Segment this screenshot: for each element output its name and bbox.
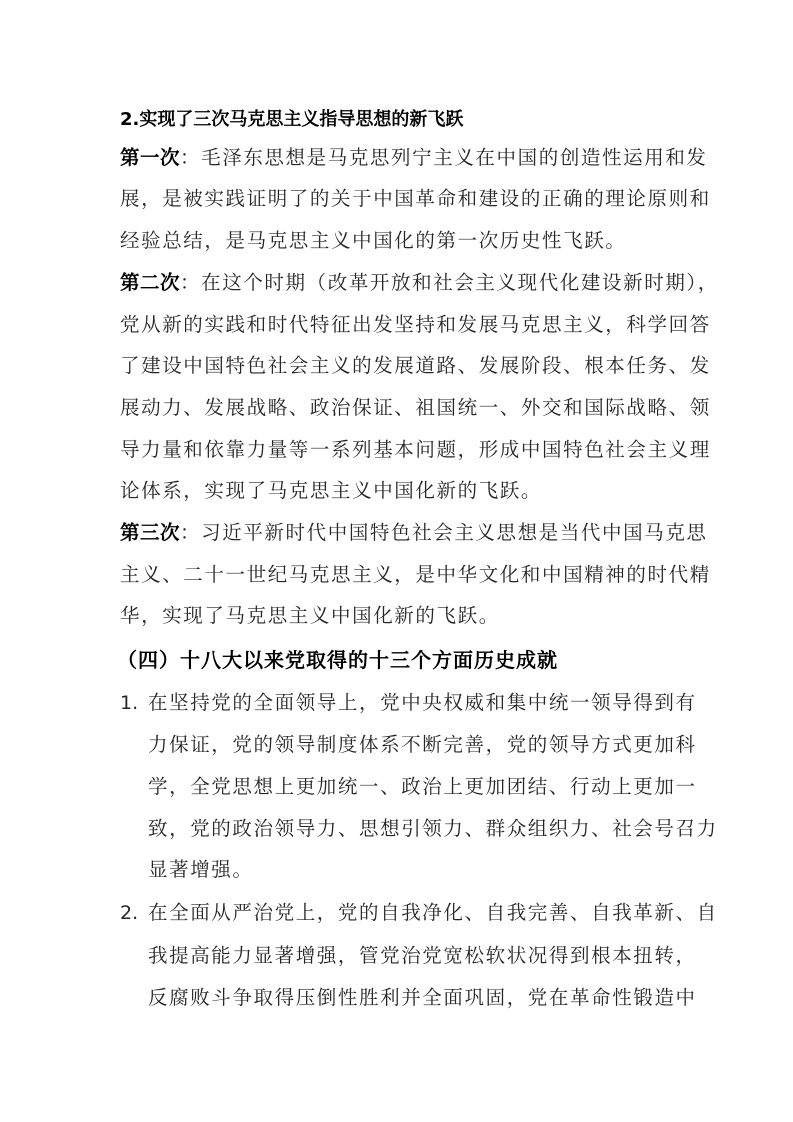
achievement-2-line-3: 反腐败斗争取得压倒性胜利并全面巩固，党在革命性锻造中 <box>148 986 697 1010</box>
leap-2-line-5: 导力量和依靠力量等一系列基本问题，形成中国特色社会主义理 <box>120 438 711 462</box>
leap-3-lead: 第三次 <box>120 521 180 544</box>
achievement-2-line-2: 我提高能力显著增强，管党治党宽松软状况得到根本扭转， <box>148 944 697 968</box>
leap-3-sep: ： <box>180 521 201 544</box>
section-title: 2.实现了三次马克思主义指导思想的新飞跃 <box>120 108 463 132</box>
leap-2-line-6: 论体系，实现了马克思主义中国化新的飞跃。 <box>120 479 542 503</box>
leap-1-line-3: 经验总结，是马克思主义中国化的第一次历史性飞跃。 <box>120 229 626 253</box>
leap-3-line-3: 华，实现了马克思主义中国化新的飞跃。 <box>120 604 500 628</box>
subsection-title: （四）十八大以来党取得的十三个方面历史成就 <box>117 648 558 672</box>
achievement-1-number: 1. <box>120 691 138 715</box>
leap-3-line-1: 第三次：习近平新时代中国特色社会主义思想是当代中国马克思 <box>120 521 708 545</box>
document-page: 2.实现了三次马克思主义指导思想的新飞跃 第一次：毛泽东思想是马克思列宁主义在中… <box>0 0 793 1122</box>
leap-2-line-2: 党从新的实践和时代特征出发坚持和发展马克思主义，科学回答 <box>120 313 711 337</box>
leap-1-lead: 第一次 <box>120 146 180 169</box>
leap-1-sep: ： <box>180 146 201 169</box>
achievement-1-line-5: 显著增强。 <box>148 858 254 882</box>
achievement-1-line-4: 致，党的政治领导力、思想引领力、群众组织力、社会号召力 <box>148 817 718 841</box>
achievement-2-line-1: 在全面从严治党上，党的自我净化、自我完善、自我革新、自 <box>148 901 718 925</box>
leap-2-lead: 第二次 <box>120 271 180 294</box>
achievement-1-line-3: 学，全党思想上更加统一、政治上更加团结、行动上更加一 <box>148 775 697 799</box>
achievement-1-line-2: 力保证，党的领导制度体系不断完善，党的领导方式更加科 <box>148 733 697 757</box>
leap-1-line-1: 第一次：毛泽东思想是马克思列宁主义在中国的创造性运用和发 <box>120 146 708 170</box>
achievement-2-number: 2. <box>120 901 138 925</box>
achievement-1-line-1: 在坚持党的全面领导上，党中央权威和集中统一领导得到有 <box>148 691 697 715</box>
leap-3-line-2: 主义、二十一世纪马克思主义，是中华文化和中国精神的时代精 <box>120 563 711 587</box>
leap-2-line-1: 第二次：在这个时期（改革开放和社会主义现代化建设新时期）， <box>120 271 719 295</box>
leap-2-sep: ： <box>180 271 201 294</box>
leap-1-text-1: 毛泽东思想是马克思列宁主义在中国的创造性运用和发 <box>201 146 707 169</box>
leap-2-line-3: 了建设中国特色社会主义的发展道路、发展阶段、根本任务、发 <box>120 354 711 378</box>
leap-2-text-1: 在这个时期（改革开放和社会主义现代化建设新时期）， <box>201 271 719 294</box>
leap-2-line-4: 展动力、发展战略、政治保证、祖国统一、外交和国际战略、领 <box>120 396 711 420</box>
leap-3-text-1: 习近平新时代中国特色社会主义思想是当代中国马克思 <box>201 521 707 544</box>
leap-1-line-2: 展，是被实践证明了的关于中国革命和建设的正确的理论原则和 <box>120 187 711 211</box>
